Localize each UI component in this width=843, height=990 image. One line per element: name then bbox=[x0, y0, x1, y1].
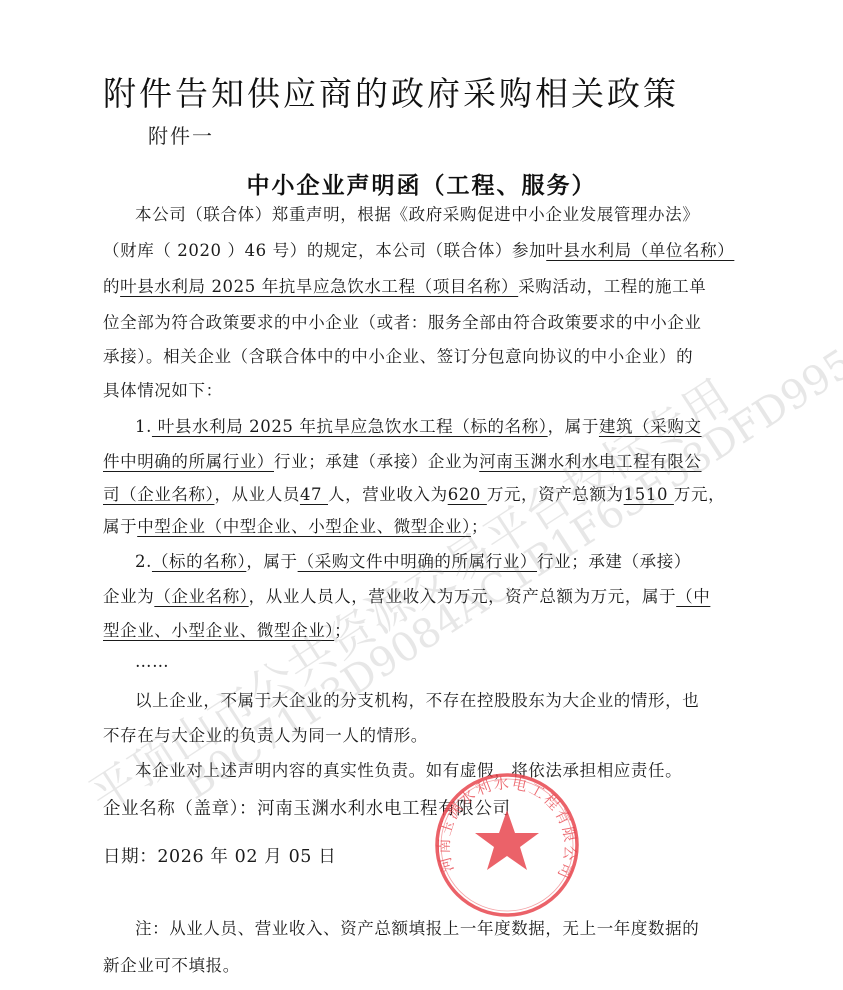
text: 行业；承建（承接） bbox=[537, 552, 691, 571]
item2-enterprise-type-cont: 型企业、小型企业、微型企业） bbox=[103, 621, 334, 640]
intro-line-3: 的叶县水利局 2025 年抗旱应急饮水工程（项目名称）采购活动，工程的施工单 bbox=[103, 277, 706, 297]
text: 人，营业收入为 bbox=[328, 485, 448, 504]
statement-line-1: 以上企业，不属于大企业的分支机构，不存在控股股东为大企业的情形，也 bbox=[135, 691, 699, 711]
annex-label: 附件一 bbox=[148, 120, 214, 149]
text: 采购活动，工程的施工单 bbox=[518, 277, 706, 296]
intro-line-4: 位全部为符合政策要求的中小企业（或者：服务全部由符合政策要求的中小企业 bbox=[103, 313, 702, 333]
text: （财库（ 2020 ）46 号）的规定，本公司（联合体）参加 bbox=[103, 241, 546, 260]
item-number: 2. bbox=[135, 552, 152, 571]
item2-line-3: 型企业、小型企业、微型企业）； bbox=[103, 621, 351, 641]
item1-line-3: 司（企业名称），从业人员47 人，营业收入为620 万元，资产总额为1510 万… bbox=[103, 485, 725, 505]
declaration-heading: 中小企业声明函（工程、服务） bbox=[0, 167, 843, 200]
item2-enterprise-type: （中 bbox=[676, 587, 710, 606]
text: ； bbox=[471, 517, 488, 536]
note-line-1: 注：从业人员、营业收入、资产总额填报上一年度数据，无上一年度数据的 bbox=[135, 919, 699, 939]
date-value: 2026 年 02 月 05 日 bbox=[157, 847, 336, 867]
text: ； bbox=[334, 621, 351, 640]
intro-line-1: 本公司（联合体）郑重声明，根据《政府采购促进中小企业发展管理办法》 bbox=[135, 205, 699, 225]
item1-staff: 47 bbox=[300, 485, 328, 504]
text: ，属于 bbox=[246, 552, 297, 571]
project-name: 叶县水利局 2025 年抗旱应急饮水工程（项目名称） bbox=[120, 277, 518, 296]
note-line-2: 新企业可不填报。 bbox=[103, 956, 240, 976]
document-title: 附件告知供应商的政府采购相关政策 bbox=[103, 68, 679, 115]
item1-line-4: 属于中型企业（中型企业、小型企业、微型企业）； bbox=[103, 517, 488, 537]
text: 属于 bbox=[103, 517, 137, 536]
item1-enterprise-type: 中型企业（中型企业、小型企业、微型企业） bbox=[137, 517, 471, 536]
purchaser-name: 叶县水利局（单位名称） bbox=[546, 241, 734, 260]
text: ，属于 bbox=[548, 417, 599, 436]
item1-revenue: 620 bbox=[448, 485, 487, 504]
item1-project: 叶县水利局 2025 年抗旱应急饮水工程（标的名称） bbox=[152, 417, 548, 436]
intro-line-5: 承接）。相关企业（含联合体中的中小企业、签订分包意向协议的中小企业）的 bbox=[103, 347, 693, 367]
item2-line-1: 2.（标的名称），属于（采购文件中明确的所属行业）行业；承建（承接） bbox=[135, 552, 691, 572]
item1-line-1: 1. 叶县水利局 2025 年抗旱应急饮水工程（标的名称），属于建筑（采购文 bbox=[135, 417, 702, 437]
date-line: 日期：2026 年 02 月 05 日 bbox=[103, 847, 336, 867]
item2-line-2: 企业为（企业名称），从业人员人，营业收入为万元，资产总额为万元，属于（中 bbox=[103, 587, 710, 607]
item2-industry: （采购文件中明确的所属行业） bbox=[298, 552, 537, 571]
item1-company: 河南玉渊水利水电工程有限公 bbox=[479, 452, 701, 471]
text: 万元，资产总额为 bbox=[487, 485, 624, 504]
text: ，从业人员人，营业收入为万元，资产总额为万元，属于 bbox=[249, 587, 677, 606]
intro-line-6: 具体情况如下： bbox=[103, 381, 223, 401]
statement-line-3: 本企业对上述声明内容的真实性负责。如有虚假，将依法承担相应责任。 bbox=[135, 761, 682, 781]
item-number: 1. bbox=[135, 417, 152, 436]
statement-line-2: 不存在与大企业的负责人为同一人的情形。 bbox=[103, 726, 428, 746]
text: 行业；承建（承接）企业为 bbox=[274, 452, 479, 471]
text: 本公司（联合体）郑重声明，根据《政府采购促进中小企业发展管理办法》 bbox=[135, 205, 699, 224]
item1-line-2: 件中明确的所属行业）行业；承建（承接）企业为河南玉渊水利水电工程有限公 bbox=[103, 452, 702, 472]
text: ，从业人员 bbox=[214, 485, 300, 504]
item1-industry-cont: 件中明确的所属行业） bbox=[103, 452, 274, 471]
document-page: 附件告知供应商的政府采购相关政策 附件一 中小企业声明函（工程、服务） 本公司（… bbox=[0, 0, 843, 990]
item1-assets: 1510 bbox=[624, 485, 674, 504]
text: 万元， bbox=[674, 485, 725, 504]
intro-line-2: （财库（ 2020 ）46 号）的规定，本公司（联合体）参加叶县水利局（单位名称… bbox=[103, 241, 734, 261]
text: 的 bbox=[103, 277, 120, 296]
item1-company-cont: 司（企业名称） bbox=[103, 485, 214, 504]
item2-project: （标的名称） bbox=[152, 552, 246, 571]
date-label: 日期： bbox=[103, 847, 157, 867]
company-label: 企业名称（盖章）： bbox=[103, 799, 257, 819]
ellipsis: …… bbox=[135, 652, 169, 672]
company-seal-icon: 河南玉渊水利水电工程有限公司 bbox=[432, 770, 582, 920]
item2-company: （企业名称） bbox=[154, 587, 248, 606]
text: 企业为 bbox=[103, 587, 154, 606]
item1-industry: 建筑（采购文 bbox=[599, 417, 702, 436]
